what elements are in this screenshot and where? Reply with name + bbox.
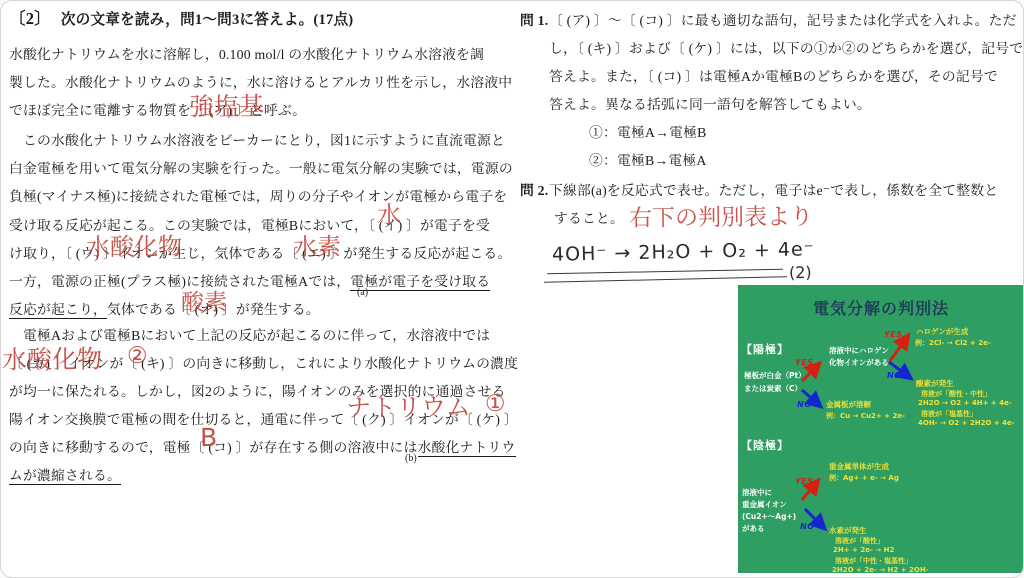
annotation-maru1: ① [485,391,506,417]
body-line: この水酸化ナトリウム水溶液をビーカーにとり，図1に示すように直流電源と [9,131,505,150]
option1-text: ①：電極A→電極B [589,125,707,140]
halogen-result-title: ハロゲンが生成 [916,326,968,337]
paragraph1-line1: 水酸化ナトリウムを水に溶解し，0.100 mol/l の水酸化ナトリウム水溶液を… [9,47,484,62]
q1-option2: ②：電極B→電極A [589,151,707,170]
paragraph2-line3: 負極(マイナス極)に接続された電極では，周りの分子やイオンが電極から電子を [9,189,507,204]
q1-text3: 答えよ。また，〔 (コ) 〕は電極Aか電極Bのどちらかを選び，その記号で [549,69,998,84]
body-line: け取り，〔 (ウ) 〕イオンが生じ，気体である〔 (エ) 〕が発生する反応が起こ… [9,244,511,263]
section-title-text: 次の文章を読み，問1～問3に答えよ。(17点) [61,12,353,28]
annotation-suisankabutsu-2: 水酸化物 [2,340,102,377]
underline-b-part2: ムが濃縮される。 [9,468,121,485]
body-line: 一方，電源の正極(プラス極)に接続された電極Aでは，電極が電子を受け取る [9,272,490,291]
underline-label-b: (b) [405,453,417,464]
body-line: ムが濃縮される。 [9,466,121,485]
body-line: 白金電極を用いて電気分解の実験を行った。一般に電気分解の実験では，電源の [9,159,513,178]
yes-arrow-anode-halogen [890,337,907,361]
anode-root-line1: 極板が白金（Pt） [744,370,806,381]
hydrogen-base-label: 溶液が「中性・塩基性」 [835,556,912,566]
oxygen-base-eq: 4OH- → O2 + 2H2O + 4e- [918,419,1015,427]
oxygen-acid-eq: 2H2O → O2 + 4H+ + 4e- [918,399,1012,407]
body-line: 反応が起こり，気体である〔 (オ) 〕が発生する。 [9,300,320,319]
metal-result-title: 金属板が溶解 [826,399,871,410]
paragraph2-line2: 白金電極を用いて電気分解の実験を行った。一般に電気分解の実験では，電源の [9,161,513,176]
q1-line3: 答えよ。また，〔 (コ) 〕は電極Aか電極Bのどちらかを選び，その記号で [549,67,998,86]
paragraph2-line5: け取り，〔 (ウ) 〕イオンが生じ，気体である〔 (エ) 〕が発生する反応が起こ… [9,246,511,261]
q1-text4: 答えよ。異なる括弧に同一語句を解答してもよい。 [549,97,871,112]
cathode-root-line4: がある [742,523,765,534]
annotation-maru2: ② [127,343,148,369]
q1-text2: し，〔 (キ) 〕および〔 (ケ) 〕には，以下の①か②のどちらかを選び，記号で [549,41,1023,56]
yes-label-cathode: YES [795,477,814,486]
q1-option1: ①：電極A→電極B [589,123,707,142]
body-line: 負極(マイナス極)に接続された電極では，周りの分子やイオンが電極から電子を [9,187,507,206]
annotation-sanso: 酸素 [181,284,227,317]
option2-text: ②：電極B→電極A [589,153,707,168]
oxygen-acid-label: 溶液が「酸性・中性」 [921,389,991,399]
hydrogen-base-eq: 2H2O + 2e- → H2 + 2OH- [832,566,929,574]
cathode-root-line1: 溶液中に [742,487,772,498]
equation-underline-1 [547,269,783,275]
q2-text2: すること。 [554,211,624,226]
annotation-b: B [200,423,217,452]
underline-a-part2: 反応が起こり， [9,302,107,319]
q1-text1: 〔 (ア) 〕～〔 (コ) 〕に最も適切な語句，記号または化学式を入れよ。ただ [549,13,1017,28]
section-number: 〔2〕 [9,9,51,28]
anode-section-label: 【陽極】 [741,341,789,357]
halogen-result-eq: 例：2Cl- → Cl2 + 2e- [915,338,991,348]
q1-line4: 答えよ。異なる括弧に同一語句を解答してもよい。 [549,95,871,114]
handwritten-equation: 4OH⁻ → 2H₂O + O₂ + 4e⁻ [552,238,815,265]
anode-root-line2: または炭素（C） [744,383,802,394]
underline-label-a: (a) [357,287,368,298]
anode-cond-line1: 溶液中にハロゲン [829,345,889,356]
annotation-suisankabutsu-1: 水酸化物 [86,227,182,263]
exam-page: 〔2〕次の文章を読み，問1～問3に答えよ。(17点) 水酸化ナトリウムを水に溶解… [0,0,1024,578]
equation-number: (2) [789,263,812,282]
annotation-natoriumu: ナトリウム [346,387,471,424]
q1-line1: 〔 (ア) 〕～〔 (コ) 〕に最も適切な語句，記号または化学式を入れよ。ただ [549,11,1017,30]
oxygen-result-title: 酸素が発生 [916,378,954,389]
yes-label-anode-root: YES [795,358,814,367]
cathode-section-label: 【陰極】 [741,437,789,453]
annotation-kyoenki: 強塩基 [189,87,264,124]
hydrogen-acid-label: 溶液が「酸性」 [835,536,884,546]
anode-cond-line2: 化物イオンがある [829,357,889,368]
heavy-metal-result-eq: 例：Ag+ + e- → Ag [829,473,899,483]
flowchart-arrows [738,285,1024,573]
oxygen-base-label: 溶液が「塩基性」 [921,409,977,419]
electrolysis-chart-panel: 電気分解の判別法 【陽極】 極板が白金（Pt） または炭素（C） 溶液中にハロゲ… [738,285,1024,573]
yes-label-anode-halogen: YES [884,330,903,339]
paragraph2-line6: 一方，電源の正極(プラス極)に接続された電極Aでは， [9,274,350,289]
cathode-root-line2: 重金属イオン [742,499,787,510]
no-label-anode-oxygen: NO [887,371,902,380]
no-label-cathode: NO [800,522,815,531]
underline-a-part1: 電極が電子を受け取る [350,274,490,291]
annotation-suiso: 水素 [293,227,341,262]
screenshot-stage: 〔2〕次の文章を読み，問1～問3に答えよ。(17点) 水酸化ナトリウムを水に溶解… [0,0,1024,578]
section-title: 〔2〕次の文章を読み，問1～問3に答えよ。(17点) [9,9,353,30]
body-line: 受け取る反応が起こる。この実験では，電極Bにおいて，〔 (イ) 〕が電子を受 [9,216,490,235]
heavy-metal-result-title: 重金属単体が生成 [829,461,889,472]
metal-result-eq: 例：Cu → Cu2+ + 2e- [826,411,905,421]
q1-line2: し，〔 (キ) 〕および〔 (ケ) 〕には，以下の①か②のどちらかを選び，記号で [549,39,1023,58]
q2-line1: 下線部(a)を反応式で表せ。ただし，電子はe⁻で表し，係数を全て整数と [549,181,998,200]
annotation-mizu: 水 [377,195,401,230]
no-label-anode-metal: NO [797,400,812,409]
paragraph2-line4: 受け取る反応が起こる。この実験では，電極Bにおいて，〔 (イ) 〕が電子を受 [9,218,490,233]
equation-underline-2 [544,276,787,283]
underline-b-part1: 水酸化ナトリウ [418,440,516,457]
q2-text1: 下線部(a)を反応式で表せ。ただし，電子はe⁻で表し，係数を全て整数と [549,183,998,198]
body-line: の向きに移動するので，電極〔 (コ) 〕が存在する側の溶液中には水酸化ナトリウ [9,438,516,457]
body-line: 水酸化ナトリウムを水に溶解し，0.100 mol/l の水酸化ナトリウム水溶液を… [9,45,484,64]
annotation-hint: 右下の判別表より [629,198,813,233]
hydrogen-result-title: 水素が発生 [829,525,867,536]
cathode-root-line3: (Cu2+～Ag+) [742,511,796,522]
q2-line2: すること。 [554,209,624,228]
q2-label: 問 2. [520,181,548,200]
q1-label: 問 1. [520,11,548,30]
hydrogen-acid-eq: 2H+ + 2e- → H2 [833,546,894,554]
paragraph2-line1: この水酸化ナトリウム水溶液をビーカーにとり，図1に示すように直流電源と [9,133,505,148]
